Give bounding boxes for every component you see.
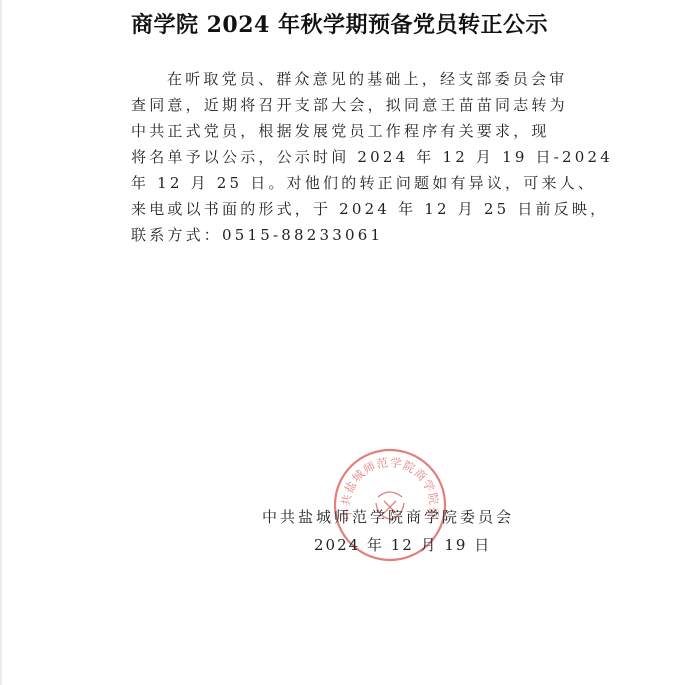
signature-block: 中共盐城师范学院商学院委员会 2024 年 12 月 19 日: [262, 503, 522, 559]
signing-date: 2024 年 12 月 19 日: [262, 531, 522, 559]
body-line: 将名单予以公示，公示时间 2024 年 12 月 19 日-2024: [131, 144, 561, 170]
body-line: 中共正式党员，根据发展党员工作程序有关要求，现: [131, 118, 561, 144]
body-line: 来电或以书面的形式，于 2024 年 12 月 25 日前反映，: [131, 196, 561, 222]
body-line: 在听取党员、群众意见的基础上，经支部委员会审: [131, 66, 561, 92]
body-line: 年 12 月 25 日。对他们的转正问题如有异议，可来人、: [131, 170, 561, 196]
notice-body: 在听取党员、群众意见的基础上，经支部委员会审 查同意，近期将召开支部大会，拟同意…: [131, 66, 561, 248]
page-edge: [0, 0, 2, 685]
body-line: 联系方式：0515-88233061: [131, 222, 561, 248]
signing-organization: 中共盐城师范学院商学院委员会: [262, 503, 522, 531]
body-line: 查同意，近期将召开支部大会，拟同意王苗苗同志转为: [131, 92, 561, 118]
document-title: 商学院 2024 年秋学期预备党员转正公示: [0, 8, 679, 39]
